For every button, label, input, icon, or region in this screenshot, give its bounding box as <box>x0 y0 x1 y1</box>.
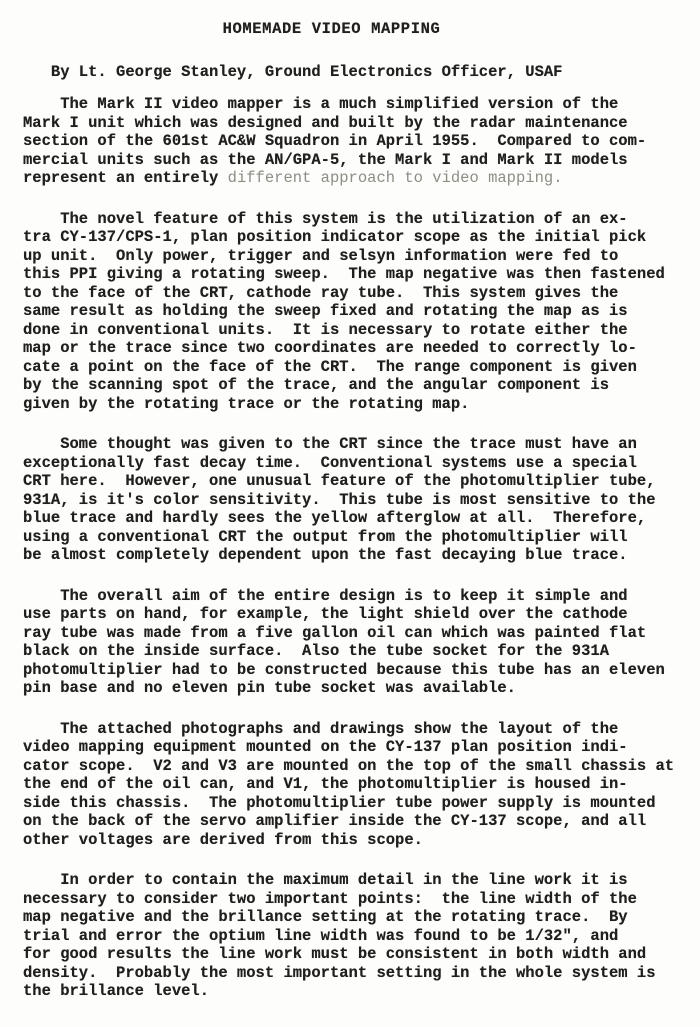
text-line: video mapping equipment mounted on the C… <box>23 738 676 757</box>
text-line: The overall aim of the entire design is … <box>23 587 676 606</box>
text-line: Some thought was given to the CRT since … <box>23 435 676 454</box>
text-line: same result as holding the sweep fixed a… <box>23 302 676 321</box>
text-line: cate a point on the face of the CRT. The… <box>23 358 676 377</box>
faded-text-segment: different approach to video mapping. <box>228 169 563 187</box>
text-line: In order to contain the maximum detail i… <box>23 871 676 890</box>
paragraph: The novel feature of this system is the … <box>23 210 676 414</box>
text-line: on the back of the servo amplifier insid… <box>23 812 676 831</box>
paragraph: The Mark II video mapper is a much simpl… <box>23 95 676 188</box>
text-line: for good results the line work must be c… <box>23 945 676 964</box>
text-line: density. Probably the most important set… <box>23 964 676 983</box>
text-line: black on the inside surface. Also the tu… <box>23 642 676 661</box>
document-body: The Mark II video mapper is a much simpl… <box>23 95 676 1001</box>
text-line: to the face of the CRT, cathode ray tube… <box>23 284 676 303</box>
text-line: use parts on hand, for example, the ligh… <box>23 605 676 624</box>
text-segment: represent an entirely <box>23 169 228 187</box>
text-line: The Mark II video mapper is a much simpl… <box>23 95 676 114</box>
text-line: up unit. Only power, trigger and selsyn … <box>23 247 676 266</box>
text-line: necessary to consider two important poin… <box>23 890 676 909</box>
text-line: CRT here. However, one unusual feature o… <box>23 472 676 491</box>
text-line: mercial units such as the AN/GPA-5, the … <box>23 151 676 170</box>
text-line: the end of the oil can, and V1, the phot… <box>23 775 676 794</box>
paragraph: The attached photographs and drawings sh… <box>23 720 676 850</box>
text-line: map negative and the brillance setting a… <box>23 908 676 927</box>
text-line: 931A, is it's color sensitivity. This tu… <box>23 491 676 510</box>
text-line: done in conventional units. It is necess… <box>23 321 676 340</box>
text-line: other voltages are derived from this sco… <box>23 831 676 850</box>
paragraph: Some thought was given to the CRT since … <box>23 435 676 565</box>
text-line: blue trace and hardly sees the yellow af… <box>23 509 676 528</box>
text-line: by the scanning spot of the trace, and t… <box>23 376 676 395</box>
text-line: side this chassis. The photomultiplier t… <box>23 794 676 813</box>
text-line: represent an entirely different approach… <box>23 169 676 188</box>
text-line: be almost completely dependent upon the … <box>23 546 676 565</box>
text-line: ray tube was made from a five gallon oil… <box>23 624 676 643</box>
text-line: photomultiplier had to be constructed be… <box>23 661 676 680</box>
text-line: cator scope. V2 and V3 are mounted on th… <box>23 757 676 776</box>
document-byline: By Lt. George Stanley, Ground Electronic… <box>23 63 676 82</box>
text-line: pin base and no eleven pin tube socket w… <box>23 679 676 698</box>
text-line: using a conventional CRT the output from… <box>23 528 676 547</box>
text-line: exceptionally fast decay time. Conventio… <box>23 454 676 473</box>
text-line: map or the trace since two coordinates a… <box>23 339 676 358</box>
paragraph: The overall aim of the entire design is … <box>23 587 676 698</box>
text-line: the brillance level. <box>23 982 676 1001</box>
text-line: The attached photographs and drawings sh… <box>23 720 676 739</box>
text-line: tra CY-137/CPS-1, plan position indicato… <box>23 228 676 247</box>
text-line: this PPI giving a rotating sweep. The ma… <box>23 265 676 284</box>
text-line: section of the 601st AC&W Squadron in Ap… <box>23 132 676 151</box>
text-line: trial and error the optium line width wa… <box>23 927 676 946</box>
scanned-document-page: HOMEMADE VIDEO MAPPING By Lt. George Sta… <box>0 0 700 1027</box>
text-line: Mark I unit which was designed and built… <box>23 114 676 133</box>
text-line: given by the rotating trace or the rotat… <box>23 395 676 414</box>
document-title: HOMEMADE VIDEO MAPPING <box>23 20 676 39</box>
paragraph: In order to contain the maximum detail i… <box>23 871 676 1001</box>
text-line: The novel feature of this system is the … <box>23 210 676 229</box>
